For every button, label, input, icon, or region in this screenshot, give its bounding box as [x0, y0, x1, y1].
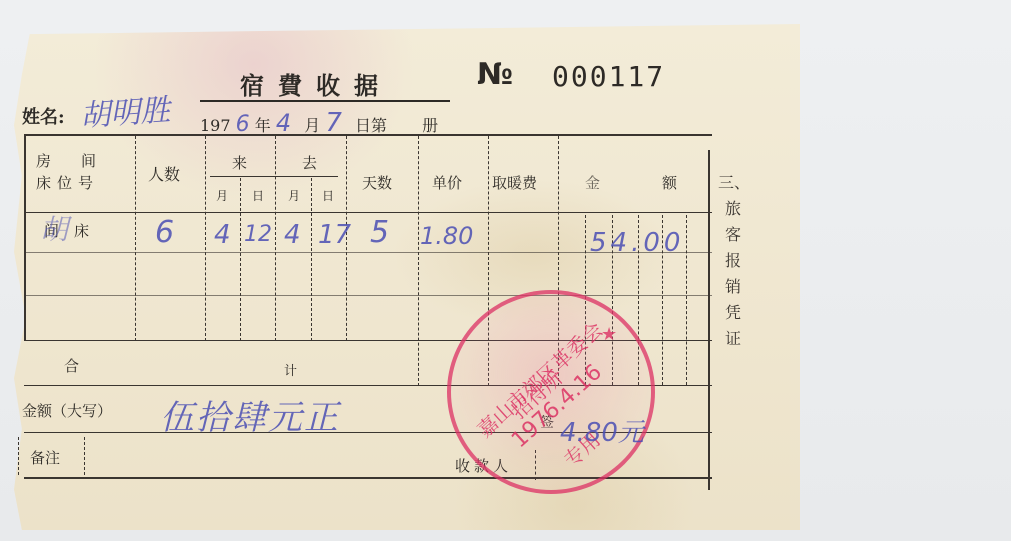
right-border [708, 150, 711, 490]
row-arrive-month: 4 [214, 220, 231, 250]
name-label: 姓名: [22, 103, 65, 129]
row-depart-day: 17 [318, 220, 351, 250]
day-label: 日第 [355, 113, 387, 136]
header-amount-right: 额 [662, 172, 677, 193]
remarks-divider [84, 437, 86, 475]
header-heating-fee: 取暖费 [492, 172, 537, 193]
month-label: 月 [304, 113, 320, 136]
header-unit-price: 单价 [432, 172, 462, 193]
header-bed: 床位号 [36, 172, 99, 193]
title-underline [200, 100, 450, 102]
col-divider-room [135, 136, 137, 341]
header-days: 天数 [362, 172, 392, 193]
header-amount-left: 金 [585, 172, 600, 193]
official-red-stamp: ★ 嘉山市郊区革委会 招待所 1976.4.16 专用 [447, 290, 655, 494]
row-room-handwritten: 胡 [40, 208, 68, 248]
row-unit-price: 1.80 [420, 222, 473, 250]
col-divider-days [418, 136, 420, 386]
col-divider-persons [205, 136, 207, 341]
row-days: 5 [370, 215, 389, 250]
amount-digit-5 [686, 215, 688, 385]
header-depart-day: 日 [322, 187, 334, 204]
row-persons: 6 [155, 215, 174, 250]
side-note-reimbursement: 三、旅客报销凭证 [718, 170, 748, 352]
row-rule-2 [24, 295, 712, 296]
total-label-right: 计 [284, 360, 297, 379]
year-prefix: 197 [200, 116, 231, 135]
col-divider-arrive-month [240, 178, 242, 341]
table-bottom-rule [24, 477, 712, 479]
receipt-title: 宿費收据 [240, 66, 392, 101]
header-arrive-day: 日 [252, 187, 264, 204]
month-value: 4 [276, 109, 291, 137]
serial-prefix: № [477, 57, 513, 92]
remarks-label: 备注 [30, 447, 60, 468]
col-divider-depart-month [311, 178, 313, 341]
header-arrive: 来 [232, 152, 247, 173]
year-label: 年 [255, 113, 271, 136]
row-depart-month: 4 [284, 220, 301, 250]
receiver-handwritten-amount: 4.80元 [560, 412, 644, 449]
name-handwritten: 胡明胜 [79, 85, 172, 135]
header-bottom-rule [24, 212, 712, 213]
remarks-left-border [18, 437, 20, 475]
header-room: 房 间 [36, 150, 96, 171]
serial-number: 000117 [552, 60, 665, 93]
volume-label: 册 [422, 113, 438, 136]
arrive-depart-rule [210, 176, 338, 177]
amount-words-handwritten: 伍拾肆元正 [160, 390, 340, 439]
col-divider-arrive [275, 136, 277, 341]
header-depart-month: 月 [288, 187, 300, 204]
header-depart: 去 [302, 152, 317, 173]
row-amount: 54.00 [590, 228, 684, 258]
left-border [24, 136, 27, 341]
amount-words-label: 金额（大写） [22, 400, 112, 421]
header-arrive-month: 月 [216, 187, 228, 204]
row-arrive-day: 12 [244, 222, 272, 247]
header-persons: 人数 [148, 162, 180, 185]
table-top-rule [24, 134, 712, 136]
total-label-left: 合 [64, 355, 79, 376]
